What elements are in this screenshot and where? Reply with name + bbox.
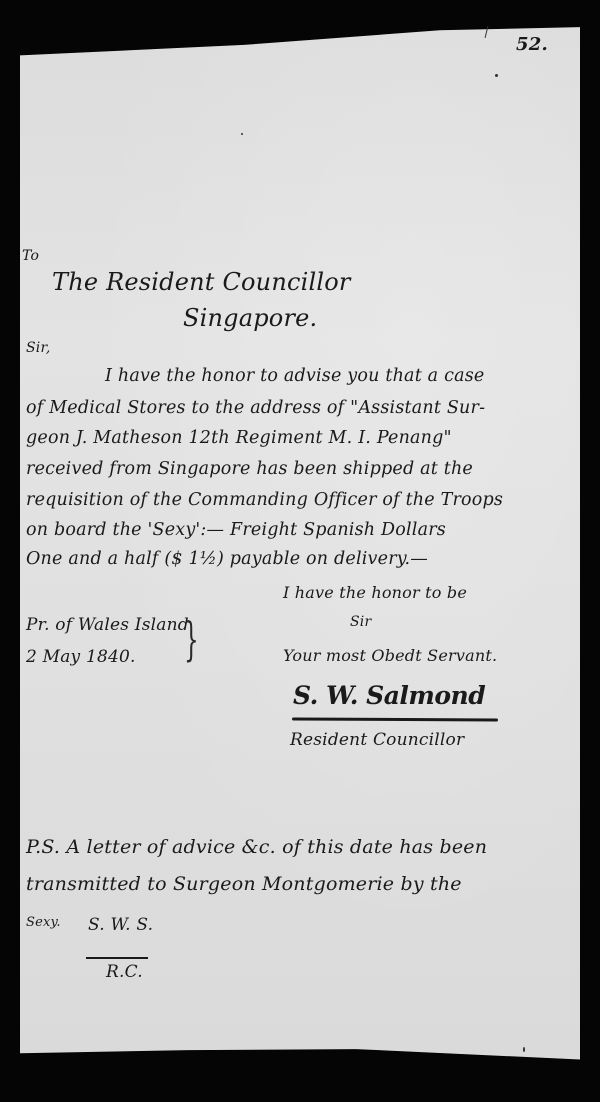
signature: S. W. Salmond xyxy=(293,681,485,710)
paper-speck xyxy=(495,74,498,77)
signature-title: Resident Councillor xyxy=(290,730,464,750)
addressee-place: Singapore. xyxy=(183,304,317,332)
paper-sheet xyxy=(20,24,580,1070)
closing-line: Sir xyxy=(350,614,371,630)
body-line: of Medical Stores to the address of "Ass… xyxy=(26,398,485,418)
paper-speck xyxy=(241,133,243,135)
brace-icon: } xyxy=(184,612,199,666)
letter-date: 2 May 1840. xyxy=(26,647,136,667)
closing-line: I have the honor to be xyxy=(283,583,467,602)
letter-place: Pr. of Wales Island xyxy=(26,615,189,635)
initials: S. W. S. xyxy=(88,915,153,935)
body-line: requisition of the Commanding Officer of… xyxy=(26,490,503,510)
salutation: Sir, xyxy=(26,340,50,356)
body-line: on board the 'Sexy':— Freight Spanish Do… xyxy=(26,520,446,540)
postscript-line: transmitted to Surgeon Montgomerie by th… xyxy=(26,873,462,895)
postscript-continuation: Sexy. xyxy=(26,915,61,930)
paper-speck xyxy=(523,1047,525,1052)
scanned-document: 52. To The Resident Councillor Singapore… xyxy=(0,0,600,1102)
body-line: geon J. Matheson 12th Regiment M. I. Pen… xyxy=(26,428,452,448)
page-number: 52. xyxy=(516,34,548,55)
addressee: The Resident Councillor xyxy=(52,268,351,296)
closing-line: Your most Obedt Servant. xyxy=(283,646,497,665)
postscript-line: P.S. A letter of advice &c. of this date… xyxy=(26,836,487,858)
body-line: One and a half ($ 1½) payable on deliver… xyxy=(26,549,428,569)
to-label: To xyxy=(22,248,39,264)
initials-title: R.C. xyxy=(106,962,143,982)
initials-rule xyxy=(86,957,148,959)
body-line: I have the honor to advise you that a ca… xyxy=(105,366,484,386)
body-line: received from Singapore has been shipped… xyxy=(26,459,473,479)
